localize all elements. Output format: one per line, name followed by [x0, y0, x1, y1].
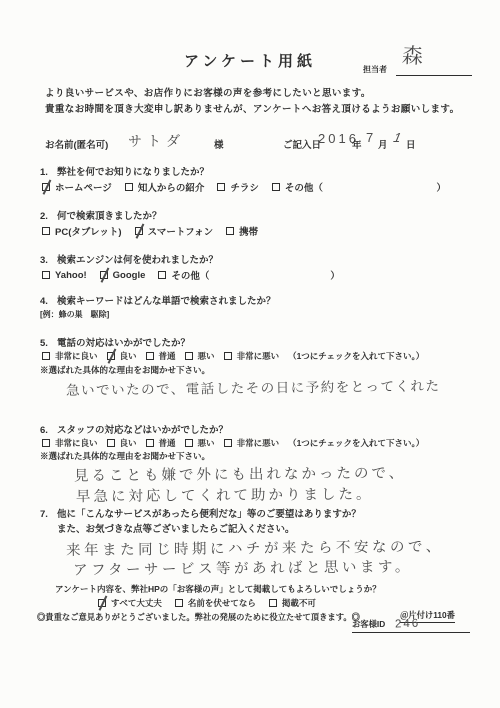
q1-flyer-checkbox[interactable] [217, 183, 225, 191]
question-4-number: 4. [40, 296, 57, 307]
q6-good-checkbox[interactable] [107, 439, 115, 447]
year-unit: 年 [352, 137, 362, 151]
customer-id-label: お客様ID [352, 618, 385, 630]
q5-very-good-checkbox[interactable] [42, 352, 50, 360]
question-6-options: 非常に良い 良い 普通 悪い 非常に悪い （1つにチェックを入れて下さい。） [42, 437, 424, 449]
pub-all-ok-label: すべて大丈夫 [111, 597, 162, 609]
date-day-value: 1 [391, 130, 406, 145]
q3-paren-close: ） [330, 268, 340, 282]
honorific-label: 様 [214, 137, 224, 151]
q1-other-label: その他（ [285, 180, 323, 194]
question-4-title: 4.検索キーワードはどんな単語で検索されましたか？ [40, 293, 276, 307]
q6-good-label: 良い [120, 437, 137, 449]
q1-referral-label: 知人からの紹介 [138, 180, 205, 194]
intro-line-2: 貴重なお時間を頂き大変申し訳ありませんが、アンケートへお答え頂けるようお願いしま… [45, 101, 459, 115]
q5-good-label: 良い [120, 350, 137, 362]
name-value-handwritten: サトダ [128, 131, 185, 151]
q1-referral-checkbox[interactable] [125, 183, 133, 191]
date-label: ご記入日 [283, 137, 321, 151]
question-5-options: 非常に良い 良い 普通 悪い 非常に悪い （1つにチェックを入れて下さい。） [42, 350, 424, 362]
date-month-value: 7 [366, 130, 375, 145]
q1-other-checkbox[interactable] [272, 183, 280, 191]
pub-all-ok-checkbox[interactable] [98, 599, 106, 607]
q6-normal-label: 普通 [159, 437, 176, 449]
question-2-options: PC(タブレット) スマートフォン 携帯 [42, 224, 271, 238]
q1-flyer-label: チラシ [230, 180, 259, 194]
question-5-note: ※選ばれた具体的な理由をお聞かせ下さい。 [40, 364, 210, 376]
publication-question: アンケート内容を、弊社HPの「お客様の声」として掲載してもよろしいでしょうか？ [55, 583, 381, 595]
q1-homepage-label: ホームページ [55, 180, 112, 194]
staff-underline [396, 75, 472, 76]
q6-bad-label: 悪い [198, 437, 215, 449]
q5-very-bad-checkbox[interactable] [224, 352, 232, 360]
question-6-answer-line-2: 早急に対応してくれて助かりました。 [76, 483, 374, 507]
q5-tail-note: （1つにチェックを入れて下さい。） [288, 350, 424, 362]
question-5-answer-handwritten: 急いでいたので、電話したその日に予約をとってくれた [66, 374, 441, 399]
q2-mobile-checkbox[interactable] [226, 227, 234, 235]
customer-id-row: お客様ID 246 [352, 618, 470, 633]
q2-pc-label: PC(タブレット) [55, 224, 122, 238]
pub-anonymous-checkbox[interactable] [175, 599, 183, 607]
question-2-title: 2.何で検索頂きましたか？ [40, 208, 162, 222]
pub-no-publish-label: 掲載不可 [282, 597, 316, 609]
footer-thanks: ◎貴重なご意見ありがとうございました。弊社の発展のために役立たせて頂きます。◎ [37, 611, 360, 623]
staff-label: 担当者 [363, 64, 387, 75]
q6-very-bad-checkbox[interactable] [224, 439, 232, 447]
question-7-number: 7. [40, 509, 57, 520]
q3-yahoo-checkbox[interactable] [42, 271, 50, 279]
month-unit: 月 [378, 137, 388, 151]
q5-normal-checkbox[interactable] [146, 352, 154, 360]
question-6-title: 6.スタッフの対応などはいかがでしたか？ [40, 422, 228, 436]
question-3-title: 3.検索エンジンは何を使われましたか？ [40, 252, 218, 266]
q6-very-good-checkbox[interactable] [42, 439, 50, 447]
q5-very-bad-label: 非常に悪い [237, 350, 280, 362]
question-6-note: ※選ばれた具体的な理由をお聞かせ下さい。 [40, 450, 210, 462]
q1-homepage-checkbox[interactable] [42, 183, 50, 191]
staff-name-handwritten: 森 [401, 39, 426, 70]
q5-normal-label: 普通 [159, 350, 176, 362]
customer-id-value-handwritten: 246 [395, 618, 421, 631]
q2-pc-checkbox[interactable] [42, 227, 50, 235]
pub-anonymous-label: 名前を伏せてなら [188, 597, 256, 609]
question-6-number: 6. [40, 425, 57, 436]
q2-smartphone-label: スマートフォン [148, 224, 214, 238]
question-2-number: 2. [40, 211, 57, 222]
q5-bad-checkbox[interactable] [185, 352, 193, 360]
question-4-example: [例：蜂の巣 駆除] [40, 309, 109, 320]
question-1-text: 弊社を何でお知りになりましたか？ [57, 167, 209, 178]
publication-options: すべて大丈夫 名前を伏せてなら 掲載不可 [98, 597, 329, 609]
q6-bad-checkbox[interactable] [185, 439, 193, 447]
q6-tail-note: （1つにチェックを入れて下さい。） [288, 437, 424, 449]
question-3-number: 3. [40, 255, 57, 266]
q6-very-bad-label: 非常に悪い [237, 437, 280, 449]
question-7-text-line-2: また、お気づきな点等ございましたらご記入ください。 [57, 521, 295, 535]
q3-yahoo-label: Yahoo! [55, 270, 87, 281]
intro-line-1: より良いサービスや、お店作りにお客様の声を参考にしたいと思います。 [45, 85, 371, 99]
q2-smartphone-checkbox[interactable] [135, 227, 143, 235]
name-label: お名前(匿名可) [45, 137, 108, 151]
q5-very-good-label: 非常に良い [55, 350, 98, 362]
q5-bad-label: 悪い [198, 350, 215, 362]
question-1-number: 1. [40, 167, 57, 178]
question-5-title: 5.電話の対応はいかがでしたか？ [40, 335, 190, 349]
q5-good-checkbox[interactable] [107, 352, 115, 360]
question-5-text: 電話の対応はいかがでしたか？ [57, 338, 190, 349]
q3-google-label: Google [113, 270, 146, 281]
question-7-answer-line-2: アフターサービス等があればと思います。 [73, 555, 413, 580]
day-unit: 日 [406, 137, 416, 151]
q2-mobile-label: 携帯 [239, 224, 258, 238]
question-7-text-line-1: 他に「こんなサービスがあったら便利だな」等のご要望はありますか？ [57, 509, 361, 520]
q6-normal-checkbox[interactable] [146, 439, 154, 447]
pub-no-publish-checkbox[interactable] [269, 599, 277, 607]
q3-other-label: その他（ [171, 268, 209, 282]
question-3-text: 検索エンジンは何を使われましたか？ [57, 255, 218, 266]
q3-google-checkbox[interactable] [100, 271, 108, 279]
question-5-number: 5. [40, 338, 57, 349]
question-2-text: 何で検索頂きましたか？ [57, 211, 162, 222]
survey-sheet: アンケート用紙 担当者 森 より良いサービスや、お店作りにお客様の声を参考にした… [0, 0, 500, 708]
question-3-options: Yahoo! Google その他（ ） [42, 268, 340, 282]
q6-very-good-label: 非常に良い [55, 437, 98, 449]
q3-other-checkbox[interactable] [158, 271, 166, 279]
q1-paren-close: ） [436, 180, 446, 194]
question-7-title: 7.他に「こんなサービスがあったら便利だな」等のご要望はありますか？ [40, 506, 361, 520]
question-1-options: ホームページ 知人からの紹介 チラシ その他（ ） [42, 180, 446, 194]
question-1-title: 1.弊社を何でお知りになりましたか？ [40, 164, 209, 178]
question-6-text: スタッフの対応などはいかがでしたか？ [57, 425, 228, 436]
question-4-text: 検索キーワードはどんな単語で検索されましたか？ [57, 296, 276, 307]
